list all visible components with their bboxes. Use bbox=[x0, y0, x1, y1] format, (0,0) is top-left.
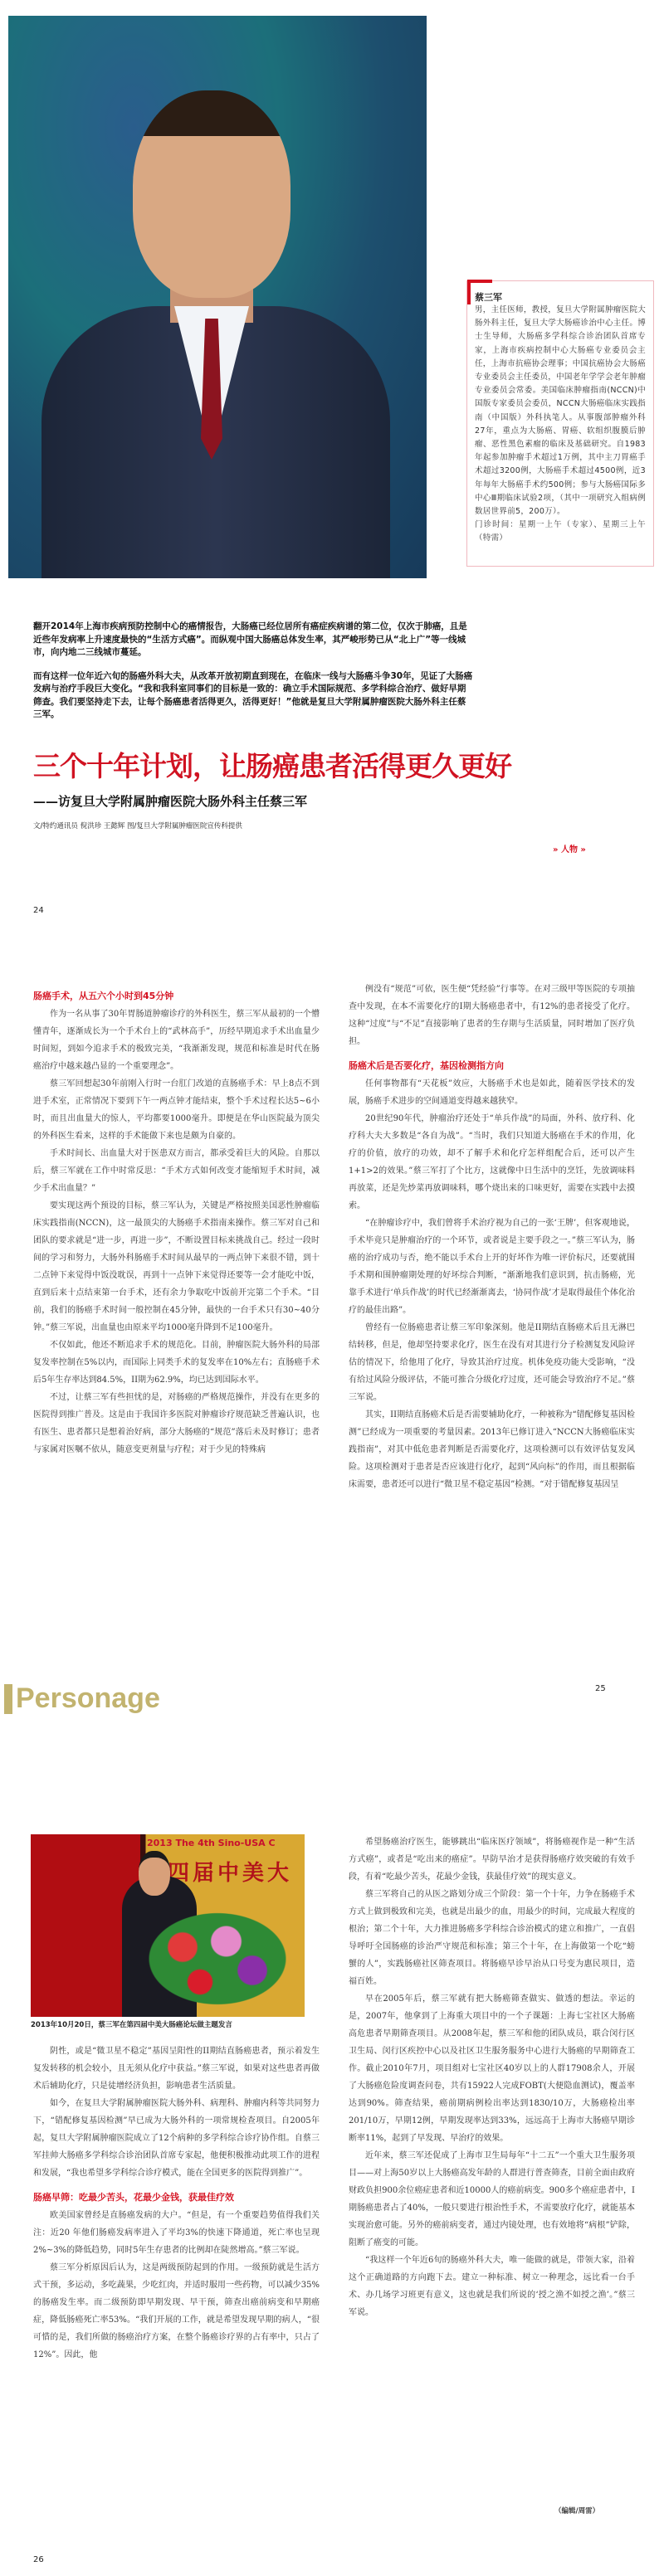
byline: 文/特约通讯员 倪洪珍 王懿辉 图/复旦大学附属肿瘤医院宣传科提供 bbox=[33, 821, 242, 830]
section-tag[interactable]: » 人物 » bbox=[553, 842, 586, 855]
section-heading: 肠癌早筛：吃最少苦头，花最少金钱，获最佳疗效 bbox=[33, 2189, 320, 2207]
body-paragraph: 要实现这两个预设的目标，蔡三军认为，关键是严格按照美国恶性肿瘤临床实践指南(NC… bbox=[33, 1197, 320, 1337]
body-paragraph: 如今，在复旦大学附属肿瘤医院大肠外科、病理科、肿瘤内科等共同努力下，“错配修复基… bbox=[33, 2095, 320, 2182]
body-paragraph: 近年来，蔡三军还促成了上海市卫生局每年“十二五”一个重大卫生服务项目——对上海5… bbox=[349, 2147, 635, 2252]
personage-bar bbox=[4, 1684, 12, 1714]
photo-caption: 2013年10月20日，蔡三军在第四届中美大肠癌论坛做主题发言 bbox=[31, 2019, 232, 2029]
body-paragraph: 蔡三军回想起30年前刚入行时一台肛门改道的直肠癌手术：早上8点不到进手术室，正常… bbox=[33, 1075, 320, 1145]
body-paragraph: 欧美国家曾经是直肠癌发病的大户。“但是，有一个重要趋势值得我们关注：近20 年他… bbox=[33, 2207, 320, 2259]
body-paragraph: 希望肠癌治疗医生，能够跳出“临床医疗领域”，将肠癌视作是一种“生活方式癌”，或者… bbox=[349, 1833, 635, 1886]
body-paragraph: 任何事物都有“天花板”效应，大肠癌手术也是如此，随着医学技术的发展，肠癌手术进步… bbox=[349, 1075, 635, 1110]
section-heading: 肠癌术后是否要化疗，基因检测指方向 bbox=[349, 1057, 635, 1075]
bio-text: 男，主任医师，教授，复旦大学附属肿瘤医院大肠外科主任，复旦大学大肠癌诊治中心主任… bbox=[475, 304, 646, 546]
body-paragraph: 不仅如此，他还不断追求手术的规范化。目前，肿瘤医院大肠外科的局部复发率控制在5%… bbox=[33, 1337, 320, 1389]
bio-clinic-hours: 门诊时间：星期一上午（专家）、星期三上午（特需） bbox=[475, 520, 646, 543]
bio-name: 蔡三军 bbox=[475, 290, 502, 304]
page25-right-column: 例没有“规范”可依，医生便“凭经验”行事等。在对三级甲等医院的专项抽查中发现，在… bbox=[349, 981, 635, 1493]
page26-left-column: 阴性，或是“微卫星不稳定”基因呈阳性的II期结直肠癌患者，预示着发生复发转移的机… bbox=[33, 2043, 320, 2364]
personage-banner: Personage bbox=[4, 1682, 160, 1715]
page26-right-column: 希望肠癌治疗医生，能够跳出“临床医疗领域”，将肠癌视作是一种“生活方式癌”，或者… bbox=[349, 1833, 635, 2321]
article-subtitle: ——访复旦大学附属肿瘤医院大肠外科主任蔡三军 bbox=[33, 792, 307, 810]
article-title: 三个十年计划，让肠癌患者活得更久更好 bbox=[33, 745, 511, 784]
section-heading: 肠癌手术，从五六个小时到45分钟 bbox=[33, 987, 320, 1006]
body-paragraph: 蔡三军将自己的从医之路划分成三个阶段：第一个十年，力争在肠癌手术方式上做到极致和… bbox=[349, 1886, 635, 1990]
body-paragraph: 手术时间长、出血量大对于医患双方而言，都承受着巨大的风险。自那以后，蔡三军就在工… bbox=[33, 1145, 320, 1197]
body-paragraph: 早在2005年后，蔡三军就有把大肠癌筛查做实、做透的想法。幸运的是，2007年，… bbox=[349, 1990, 635, 2147]
photo-flowers bbox=[130, 1901, 305, 2017]
photo-banner-cn: 四届中美大 bbox=[168, 1856, 292, 1887]
body-paragraph: 曾经有一位肠癌患者让蔡三军印象深刻。他是II期结直肠癌术后且无淋巴结转移，但是，… bbox=[349, 1319, 635, 1406]
intro-paragraph: 而有这样一位年近六旬的肠癌外科大夫，从改革开放初期直到现在，在临床一线与大肠癌斗… bbox=[33, 670, 473, 722]
body-paragraph: “在肿瘤诊疗中，我们曾将手术治疗视为自己的一张‘王牌’，但客观地说，手术毕竟只是… bbox=[349, 1215, 635, 1319]
body-paragraph: 阴性，或是“微卫星不稳定”基因呈阳性的II期结直肠癌患者，预示着发生复发转移的机… bbox=[33, 2043, 320, 2095]
bio-description: 男，主任医师，教授，复旦大学附属肿瘤医院大肠外科主任，复旦大学大肠癌诊治中心主任… bbox=[475, 305, 646, 516]
photo-head bbox=[133, 90, 290, 298]
personage-label: Personage bbox=[16, 1682, 160, 1715]
page-number: 26 bbox=[33, 2555, 44, 2564]
photo-speaker-face bbox=[139, 1851, 170, 1896]
body-paragraph: 例没有“规范”可依，医生便“凭经验”行事等。在对三级甲等医院的专项抽查中发现，在… bbox=[349, 981, 635, 1050]
body-paragraph: 蔡三军分析原因后认为，这是两级预防起到的作用。一级预防就是生活方式干预，多运动，… bbox=[33, 2259, 320, 2364]
body-paragraph: 其实，II期结直肠癌术后是否需要辅助化疗，一种被称为“错配修复基因检测”已经成为… bbox=[349, 1406, 635, 1493]
page-number: 25 bbox=[595, 1684, 606, 1693]
portrait-photo bbox=[8, 16, 427, 578]
body-paragraph: 不过，让蔡三军有些担忧的是，对肠癌的严格规范操作，并没有在更多的医院得到推广普及… bbox=[33, 1389, 320, 1458]
body-paragraph: 20世纪90年代，肿瘤治疗还处于“单兵作战”的局面，外科、放疗科、化疗科大夫大多… bbox=[349, 1110, 635, 1215]
photo-banner-en: 2013 The 4th Sino-USA C bbox=[147, 1838, 276, 1848]
body-paragraph: 作为一名从事了30年胃肠道肿瘤诊疗的外科医生，蔡三军从最初的一个懵懂青年，逐渐成… bbox=[33, 1006, 320, 1075]
page25-left-column: 肠癌手术，从五六个小时到45分钟作为一名从事了30年胃肠道肿瘤诊疗的外科医生，蔡… bbox=[33, 981, 320, 1458]
editor-credit: （编辑/周雷） bbox=[554, 2505, 599, 2515]
page-number: 24 bbox=[33, 906, 44, 915]
body-paragraph: “我这样一个年近6旬的肠癌外科大夫，唯一能做的就是，带领大家，沿着这个正确道路的… bbox=[349, 2252, 635, 2321]
intro-paragraph: 翻开2014年上海市疾病预防控制中心的癌情报告，大肠癌已经位居所有癌症疾病谱的第… bbox=[33, 621, 473, 660]
forum-photo: 2013 The 4th Sino-USA C 四届中美大 bbox=[31, 1834, 305, 2017]
intro: 翻开2014年上海市疾病预防控制中心的癌情报告，大肠癌已经位居所有癌症疾病谱的第… bbox=[33, 621, 473, 733]
